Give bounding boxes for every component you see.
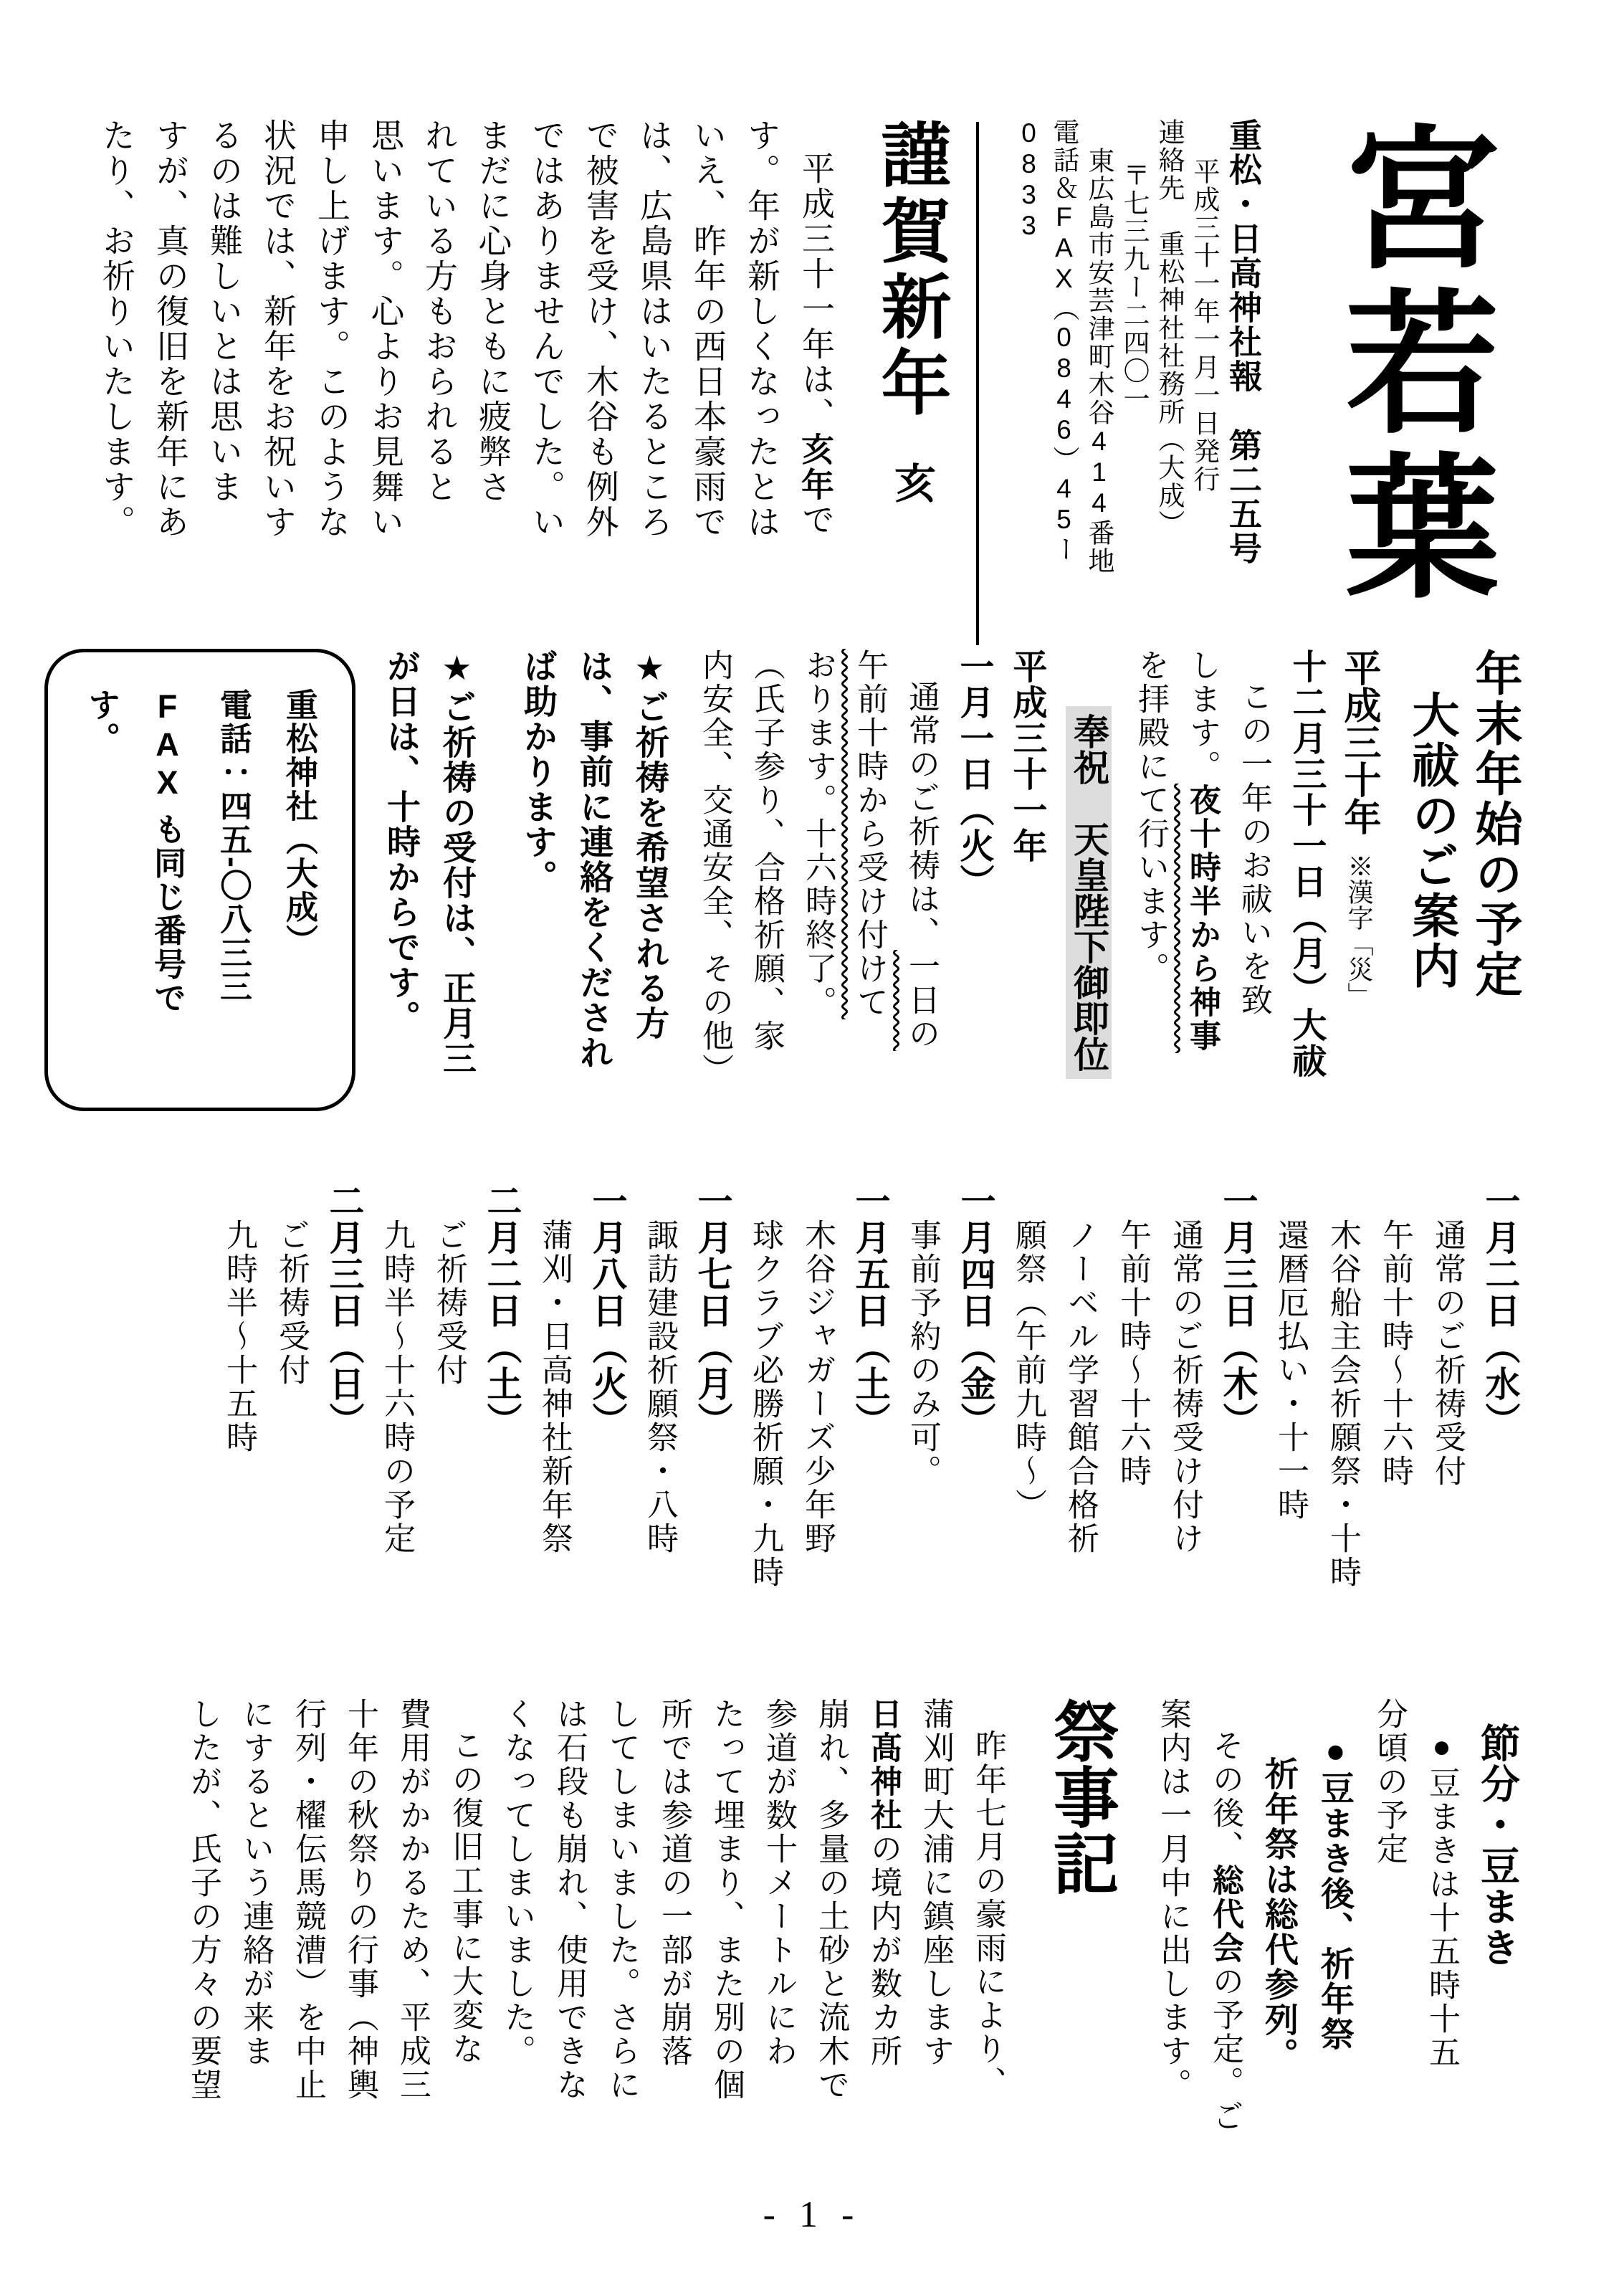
schedule-date: 一月七日（月） (686, 1183, 739, 1656)
page-number: - 1 - (0, 2194, 1624, 2236)
kanji-of-year-note: ※漢字「災」 (1344, 853, 1373, 1008)
publish-date-line: 平成三十一年一月一日発行 (1187, 158, 1222, 649)
kinensai-note: ●豆まき後、祈年祭 (1307, 1698, 1363, 2199)
schedule-entry: 一月八日（火） 蒲刈・日高神社新年祭 (528, 1183, 634, 1656)
contact-box-shrine: 重松神社（大成） (266, 688, 332, 1072)
kinensai-attendance-note: 祈年祭は総代参列。 (1251, 1723, 1307, 2199)
schedule-detail: ご祈祷受付 九時半〜十五時 (213, 1219, 317, 1656)
contact-box-phone: 電話：四五-〇八三三 (200, 688, 266, 1072)
schedule-entry: 一月二日（水） 通常のご祈祷受付 午前十時〜十六時 木谷船主会祈願祭・十時 還暦… (1264, 1183, 1527, 1656)
schedule-detail: 事前予約のみ可。 (897, 1219, 949, 1656)
contact-box-fax: FAX も同じ番号です。 (68, 688, 200, 1072)
schedule-detail: 蒲刈・日高神社新年祭 (528, 1219, 581, 1656)
year-note-column: 平成三十年※漢字「災」 (1332, 649, 1386, 1115)
schedule-date: 一月二日（水） (1473, 1183, 1527, 1656)
oharai-paragraph: この一年のお祓いを致 します。夜十時半から神事 を拝殿にて行います。 (1124, 649, 1279, 1115)
vertical-divider-rule (976, 122, 979, 645)
setsubun-saijiki-band: 節分・豆まき ●豆まきは十五時十五 分頃の予定 ●豆まき後、祈年祭 祈年祭は総代… (177, 1698, 1527, 2199)
yearend-heading-line1: 年末年始の予定 (1463, 649, 1527, 1115)
schedule-detail: 諏訪建設祈願祭・八時 (634, 1219, 686, 1656)
imperial-accession-highlight: 奉祝 天皇陛下御即位 (1066, 706, 1112, 1079)
contact-line: 連絡先 重松神社社務所（大成） (1152, 118, 1187, 649)
publication-info: 重松・日高神社報 第二五号 平成三十一年一月一日発行 連絡先 重松神社社務所（大… (1011, 118, 1265, 649)
greeting-body: 平成三十一年は、亥年で す。年が新しくなったとは いえ、昨年の西日本豪雨で は、… (90, 118, 843, 649)
issue-line: 重松・日高神社報 第二五号 (1222, 118, 1265, 649)
newsletter-title: 宮若葉 (1290, 118, 1527, 649)
mamemaki-time-note: ●豆まきは十五時十五 分頃の予定 (1363, 1698, 1468, 2199)
phone-fax-line: 電話＆FAX（0846）45ー0833 (1011, 118, 1081, 649)
schedule-entry: 一月七日（月） 諏訪建設祈願祭・八時 (634, 1183, 739, 1656)
kito-request-note: ★ご祈祷を希望される方 は、事前に連絡をくだされ ば助かります。 (510, 649, 678, 1115)
schedule-date: 一月五日（土） (844, 1183, 897, 1656)
schedule-date: 一月三日（木） (1211, 1183, 1264, 1656)
kito-reception-note: ★ご祈祷の受付は、正月三 が日は、十時からです。 (373, 649, 485, 1115)
schedule-detail: 木谷ジャガーズ少年野 球クラブ必勝祈願・九時 (739, 1219, 844, 1656)
schedule-entry: 一月三日（木） 通常のご祈祷受け付け 午前十時〜十六時 ノーベル学習館合格祈 願… (1002, 1183, 1264, 1656)
schedule-date: 一月四日（金） (949, 1183, 1002, 1656)
newsletter-page: { "masthead": { "title": "宮若葉", "issue":… (0, 0, 1624, 2294)
schedule-entry: 二月二日（土） ご祈祷受付 九時半〜十六時の予定 (371, 1183, 528, 1656)
masthead-and-greeting-band: 宮若葉 重松・日高神社報 第二五号 平成三十一年一月一日発行 連絡先 重松神社社… (90, 118, 1527, 649)
yearend-notice-band: 年末年始の予定 大祓のご案内 平成三十年※漢字「災」 十二月三十一日（月）大祓 … (44, 649, 1527, 1115)
postal-code-line: 〒七三九ー二四〇一 (1117, 161, 1152, 649)
schedule-detail: 通常のご祈祷受付 午前十時〜十六時 木谷船主会祈願祭・十時 還暦厄払い・十一時 (1264, 1219, 1473, 1656)
contact-box: 重松神社（大成） 電話：四五-〇八三三 FAX も同じ番号です。 (44, 649, 355, 1111)
saijiki-paragraph-1: 昨年七月の豪雨により、 蒲刈町大浦に鎮座します 日髙神社の境内が数カ所 崩れ、多… (491, 1698, 1014, 2199)
greeting-heading: 謹賀新年亥 (861, 118, 962, 649)
schedule-band: 一月二日（水） 通常のご祈祷受付 午前十時〜十六時 木谷船主会祈願祭・十時 還暦… (213, 1183, 1527, 1656)
schedule-entry: 一月五日（土） 木谷ジャガーズ少年野 球クラブ必勝祈願・九時 (739, 1183, 897, 1656)
saijiki-heading: 祭事記 (1032, 1698, 1129, 2199)
heisei31-line: 平成三十一年 (1000, 649, 1053, 1115)
zodiac-character: 亥 (888, 462, 935, 503)
kito-reception-paragraph: 通常のご祈祷は、一日の 午前十時から受け付けて おります。十六時終了。 （氏子参… (689, 649, 947, 1115)
schedule-entry: 一月四日（金） 事前予約のみ可。 (897, 1183, 1002, 1656)
schedule-date: 一月八日（火） (581, 1183, 634, 1656)
yearend-heading-line2: 大祓のご案内 (1400, 690, 1463, 1115)
sodaikai-note: その後、総代会の予定。ご 案内は一月中に出します。 (1147, 1698, 1251, 2199)
omisoka-date-line: 十二月三十一日（月）大祓 (1279, 649, 1332, 1115)
imperial-accession-line: 奉祝 天皇陛下御即位 (1063, 706, 1114, 1115)
year-label: 平成三十年 (1338, 649, 1380, 835)
schedule-entry: 二月三日（日） ご祈祷受付 九時半〜十五時 (213, 1183, 371, 1656)
address-line: 東広島市安芸津町木谷414番地 (1081, 147, 1117, 649)
newyearsday-date-line: 一月一日（火） (947, 649, 1000, 1115)
schedule-date: 二月二日（土） (475, 1183, 528, 1656)
greeting-heading-text: 謹賀新年 (871, 118, 950, 422)
schedule-date: 二月三日（日） (317, 1183, 371, 1656)
setsubun-heading: 節分・豆まき (1468, 1723, 1527, 2199)
schedule-detail: ご祈祷受付 九時半〜十六時の予定 (371, 1219, 475, 1656)
saijiki-paragraph-2: この復旧工事に大変な 費用がかかるため、平成三 十年の秋祭りの行事（神輿 行列・… (177, 1698, 491, 2199)
schedule-detail: 通常のご祈祷受け付け 午前十時〜十六時 ノーベル学習館合格祈 願祭（午前九時〜） (1002, 1219, 1211, 1656)
